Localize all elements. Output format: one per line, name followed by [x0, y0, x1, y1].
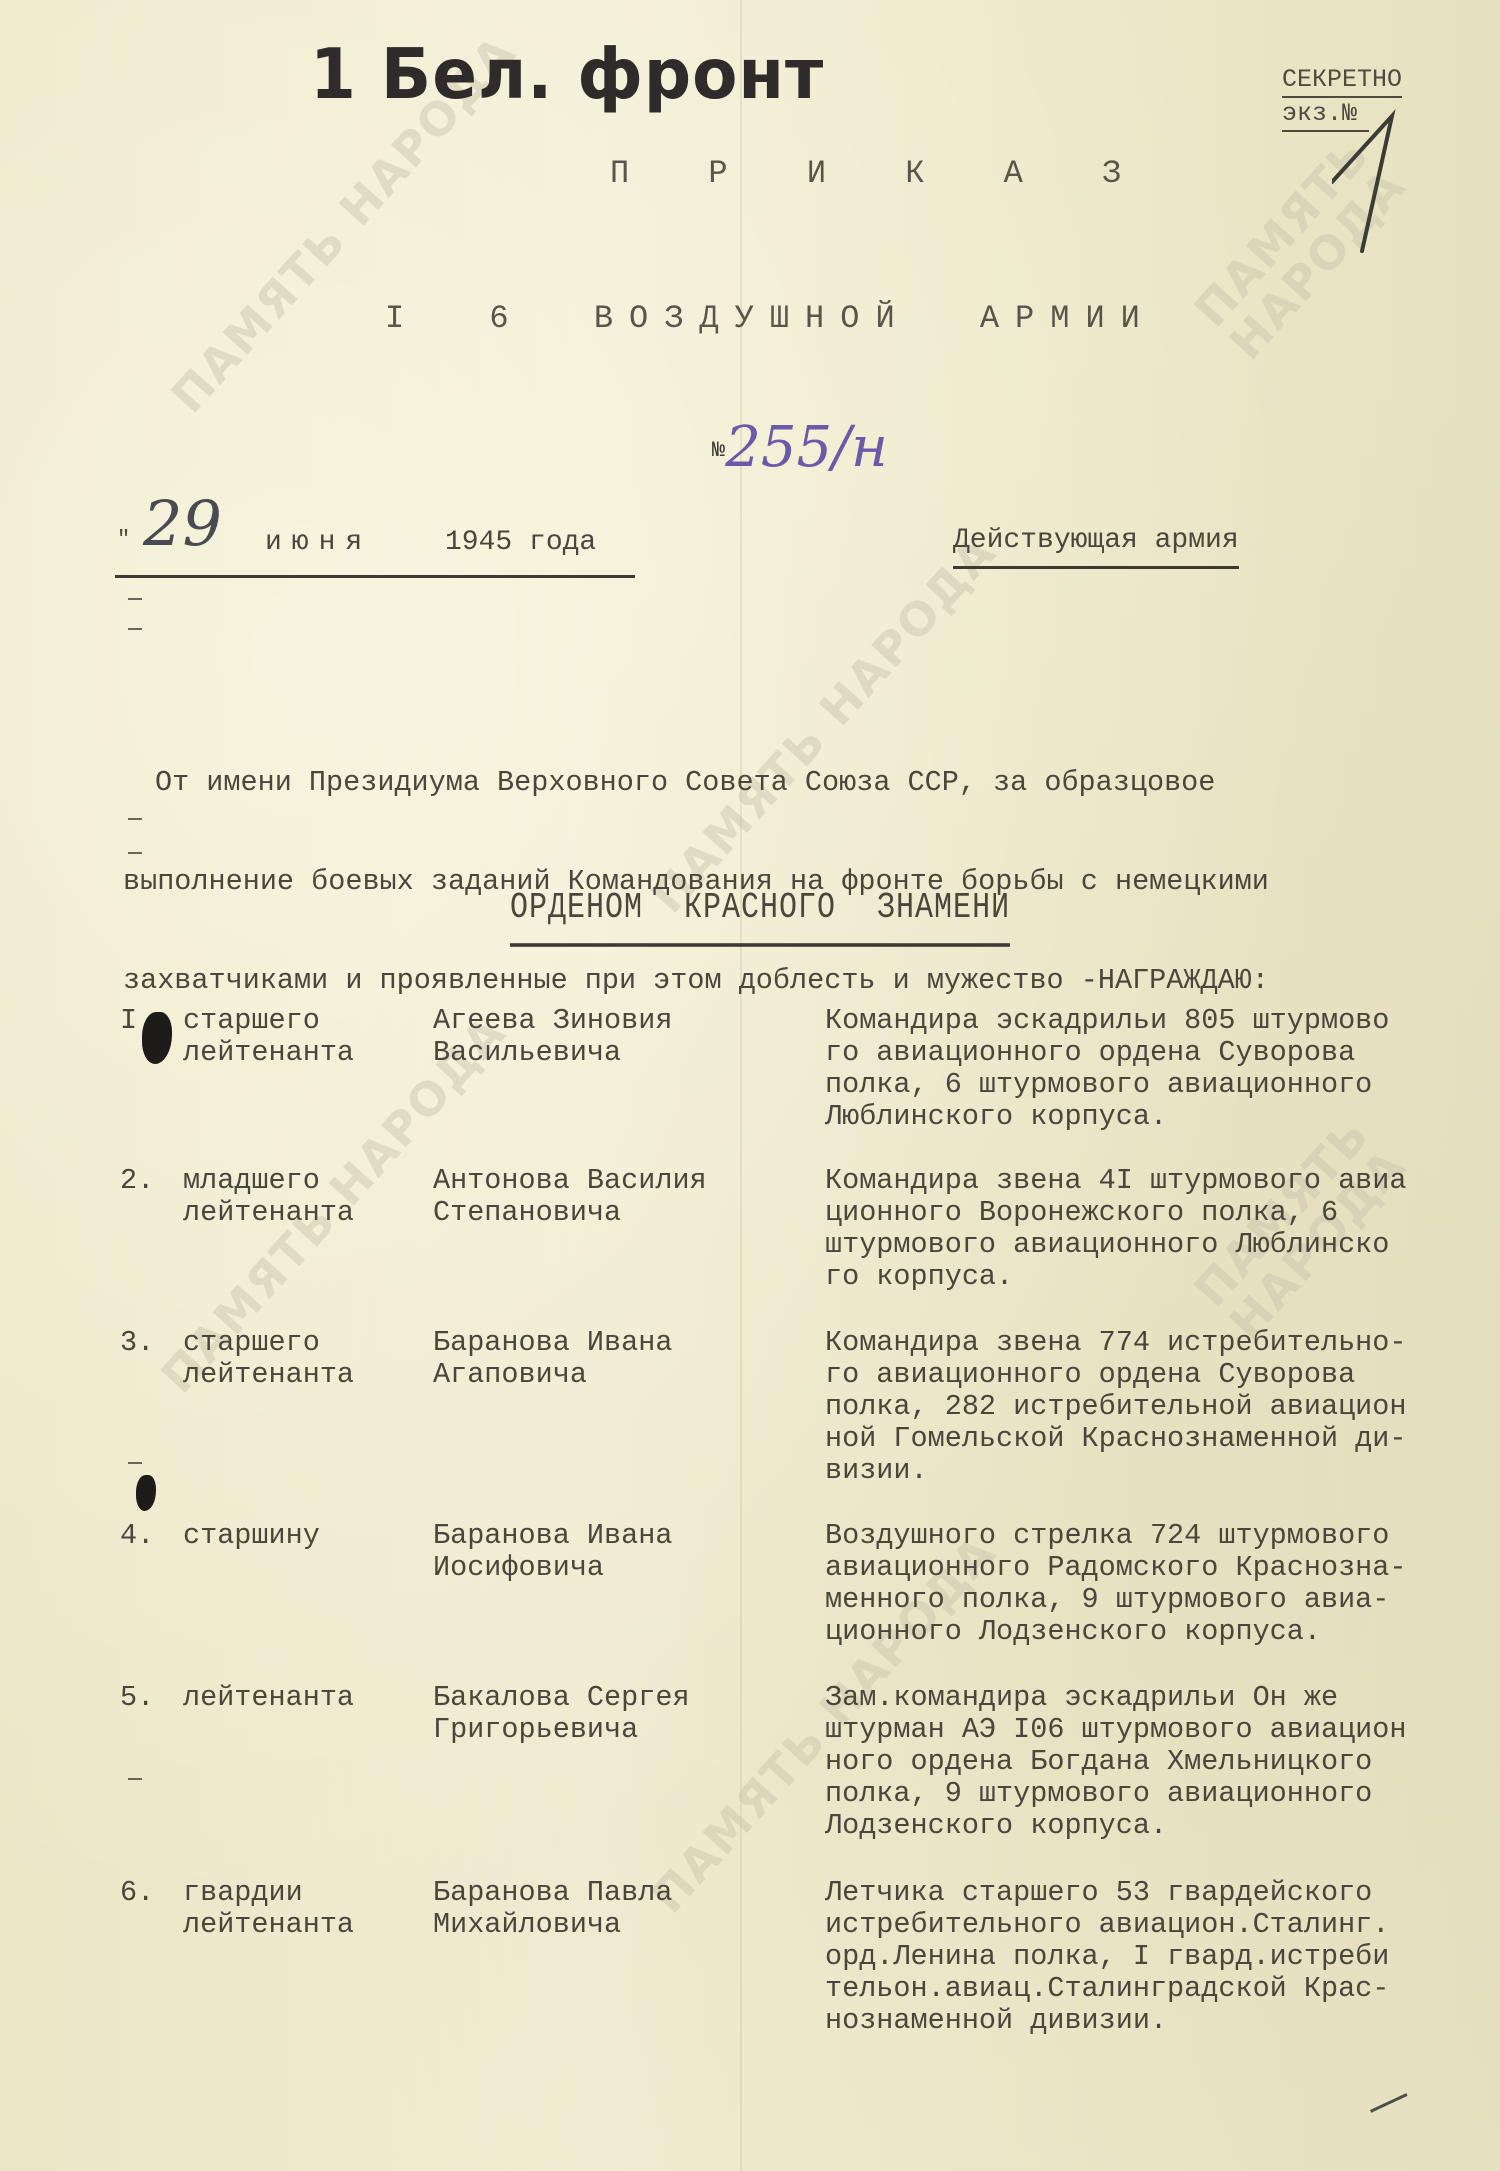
order-number-value: 255/н — [725, 415, 888, 480]
entry-rank: старшего лейтенанта — [183, 1327, 443, 1391]
ink-blot — [136, 1475, 156, 1511]
award-heading: ОРДЕНОМ КРАСНОГО ЗНАМЕНИ — [510, 888, 1010, 947]
preamble-line: От имени Президиума Верховного Совета Со… — [155, 766, 1445, 799]
entry-number: 2. — [120, 1165, 180, 1197]
entry-description: Командира звена 4I штурмового авиа ционн… — [825, 1165, 1500, 1293]
preamble-line: захватчиками и проявленные при этом добл… — [123, 964, 1445, 997]
entry-number: 3. — [120, 1327, 180, 1359]
entry-number: 4. — [120, 1520, 180, 1552]
entry-description: Воздушного стрелка 724 штурмового авиаци… — [825, 1520, 1500, 1648]
entry-rank: лейтенанта — [183, 1682, 443, 1714]
entry-number: 5. — [120, 1682, 180, 1714]
entry-name: Бакалова Сергея Григорьевича — [433, 1682, 773, 1746]
entry-description: Летчика старшего 53 гвардейского истреби… — [825, 1877, 1500, 2037]
order-date: " 29 июня 1945 года — [115, 505, 635, 578]
entry-name: Баранова Ивана Иосифовича — [433, 1520, 773, 1584]
entry-name: Антонова Василия Степановича — [433, 1165, 773, 1229]
entry-rank: старшину — [183, 1520, 443, 1552]
date-month: июня — [265, 527, 372, 558]
date-year: 1945 года — [445, 527, 596, 558]
order-number: №255/н — [712, 405, 888, 470]
entry-description: Командира эскадрильи 805 штурмово го ави… — [825, 1005, 1500, 1133]
entry-number: 6. — [120, 1877, 180, 1909]
front-stamp: 1 Бел. фронт — [310, 34, 824, 115]
handwritten-copy-number — [1332, 96, 1412, 256]
entry-description: Командира звена 774 истребительно- го ав… — [825, 1327, 1500, 1487]
entry-name: Агеева Зиновия Васильевича — [433, 1005, 773, 1069]
pencil-mark — [1370, 2093, 1408, 2113]
entry-description: Зам.командира эскадрильи Он же штурман А… — [825, 1682, 1500, 1842]
date-quote: " — [117, 527, 130, 552]
entry-rank: младшего лейтенанта — [183, 1165, 443, 1229]
entry-name: Баранова Ивана Агаповича — [433, 1327, 773, 1391]
date-day: 29 — [143, 487, 222, 560]
document-title: П Р И К А З — [610, 155, 1151, 192]
document-page: ПАМЯТЬ НАРОДА ПАМЯТЬ НАРОДА ПАМЯТЬ НАРОД… — [0, 0, 1500, 2171]
entry-rank: гвардии лейтенанта — [183, 1877, 443, 1941]
issuer: I 6 ВОЗДУШНОЙ АРМИИ — [385, 300, 1156, 337]
order-number-prefix: № — [712, 438, 725, 463]
location: Действующая армия — [953, 525, 1239, 569]
entry-rank: старшего лейтенанта — [183, 1005, 443, 1069]
classification-label: СЕКРЕТНО — [1282, 64, 1402, 98]
entry-name: Баранова Павла Михайловича — [433, 1877, 773, 1941]
